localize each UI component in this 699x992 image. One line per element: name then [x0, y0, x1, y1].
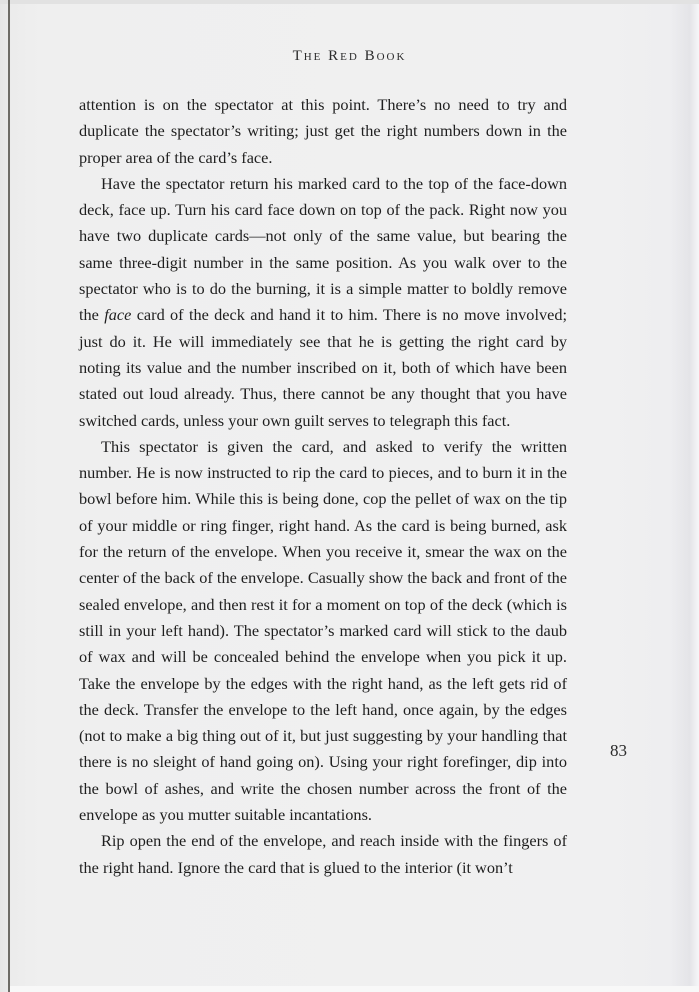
book-page: The Red Book attention is on the spectat… — [0, 0, 699, 992]
paragraph-2: Have the spectator return his marked car… — [79, 171, 567, 434]
body-text: attention is on the spectator at this po… — [79, 92, 567, 881]
paragraph-4: Rip open the end of the envelope, and re… — [79, 828, 567, 881]
paragraph-2-part-1: Have the spectator return his marked car… — [79, 174, 567, 324]
spine-edge-line — [8, 0, 10, 992]
paragraph-3: This spectator is given the card, and as… — [79, 434, 567, 828]
top-shade — [0, 0, 699, 4]
paragraph-1: attention is on the spectator at this po… — [79, 92, 567, 171]
paragraph-2-part-2: card of the deck and hand it to him. The… — [79, 305, 567, 429]
page-number: 83 — [610, 741, 627, 761]
italic-face: face — [104, 305, 131, 324]
page-bottom-edge — [10, 986, 699, 992]
running-head: The Red Book — [0, 48, 699, 65]
